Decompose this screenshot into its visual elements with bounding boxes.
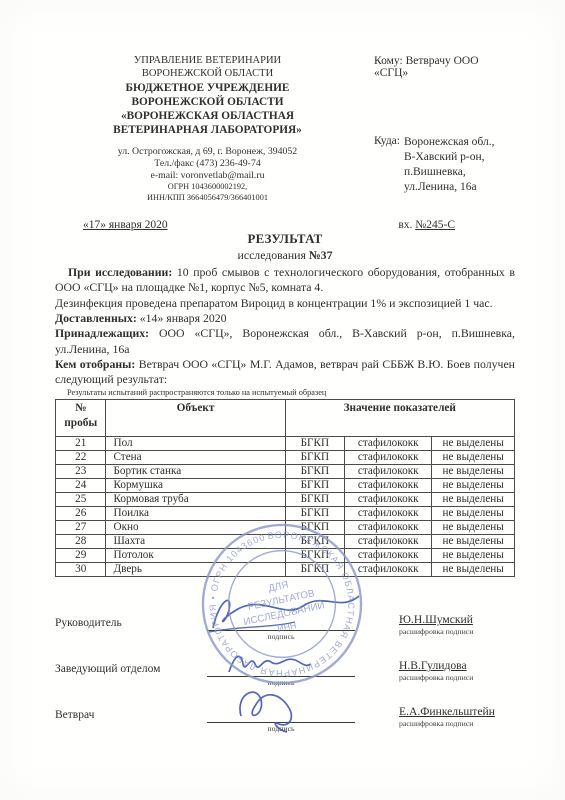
cell-result: не выделены — [432, 479, 515, 493]
table-row: 21ПолБГКПстафилококкне выделены — [56, 437, 515, 451]
table-row: 29ПотолокБГКПстафилококкне выделены — [56, 549, 515, 563]
table-row: 27ОкноБГКПстафилококкне выделены — [56, 521, 515, 535]
org-line: ВОРОНЕЖСКОЙ ОБЛАСТИ — [55, 68, 360, 81]
cell-number: 28 — [56, 535, 106, 549]
paragraph-disinfection: Дезинфекция проведена препаратом Вироцид… — [55, 296, 515, 311]
signature-role: Руководитель — [55, 604, 207, 641]
paragraph-label: При исследовании: — [68, 265, 172, 279]
incoming-value: №245-С — [415, 219, 455, 231]
incoming-number: вх. №245-С — [398, 219, 455, 231]
incoming-label: вх. — [398, 219, 415, 231]
body-text: При исследовании: 10 проб смывов с техно… — [55, 265, 515, 388]
cell-staph: стафилококк — [345, 451, 432, 465]
letterhead: УПРАВЛЕНИЕ ВЕТЕРИНАРИИ ВОРОНЕЖСКОЙ ОБЛАС… — [55, 55, 515, 204]
signature-name-block: Н.В.Гулидова расшифровка подписи — [399, 650, 473, 687]
cell-staph: стафилококк — [345, 465, 432, 479]
cell-result: не выделены — [432, 521, 515, 535]
paragraph-label: Кем отобраны: — [55, 357, 135, 371]
cell-staph: стафилококк — [345, 479, 432, 493]
organization-block: УПРАВЛЕНИЕ ВЕТЕРИНАРИИ ВОРОНЕЖСКОЙ ОБЛАС… — [55, 55, 360, 204]
subtitle-prefix: исследования — [238, 248, 309, 262]
cell-object: Потолок — [106, 549, 285, 563]
recipient-where-address: Воронежская обл., В-Хавский р-он, п.Вишн… — [404, 135, 515, 195]
signature-name: Ю.Н.Шумский — [399, 613, 473, 626]
cell-object: Кормовая труба — [106, 493, 285, 507]
cell-bgkp: БГКП — [285, 507, 345, 521]
signatures-section: Руководитель подпись Ю.Н.Шумский расшифр… — [55, 604, 515, 733]
paragraph-label: Доставленных: — [55, 311, 137, 325]
document-date: «17» января 2020 — [83, 219, 168, 231]
signature-decode-caption: расшифровка подписи — [399, 719, 495, 728]
header-indicator-values: Значение показателей — [285, 400, 515, 437]
signature-decode-caption: расшифровка подписи — [399, 673, 473, 682]
signature-line — [207, 650, 355, 677]
cell-object: Поилка — [106, 507, 285, 521]
signature-role: Заведующий отделом — [55, 650, 207, 687]
table-row: 28ШахтаБГКПстафилококкне выделены — [56, 535, 515, 549]
signature-name: Н.В.Гулидова — [399, 659, 473, 672]
org-ogrn: ОГРН 1043600002192, — [55, 182, 360, 193]
cell-result: не выделены — [432, 507, 515, 521]
recipient-to: Кому: Ветврачу ООО «СГЦ» — [374, 55, 515, 79]
cell-bgkp: БГКП — [285, 535, 345, 549]
cell-result: не выделены — [432, 549, 515, 563]
cell-result: не выделены — [432, 451, 515, 465]
cell-staph: стафилококк — [345, 535, 432, 549]
cell-bgkp: БГКП — [285, 521, 345, 535]
signature-line-block: подпись — [207, 696, 355, 733]
org-inn-kpp: ИНН/КПП 3664056479/366401001 — [55, 193, 360, 204]
paragraph-research: При исследовании: 10 проб смывов с техно… — [55, 265, 515, 296]
recipient-where: Куда: Воронежская обл., В-Хавский р-он, … — [374, 135, 515, 195]
study-number: №37 — [309, 248, 333, 262]
paragraph-belonging: Принадлежащих: ООО «СГЦ», Воронежская об… — [55, 326, 515, 357]
table-row: 23Бортик станкаБГКПстафилококкне выделен… — [56, 465, 515, 479]
recipient-block: Кому: Ветврачу ООО «СГЦ» Куда: Воронежск… — [360, 55, 515, 204]
cell-object: Бортик станка — [106, 465, 285, 479]
cell-object: Дверь — [106, 563, 285, 577]
document-subtitle: исследования №37 — [55, 248, 515, 263]
org-line: ВОРОНЕЖСКОЙ ОБЛАСТИ — [55, 95, 360, 109]
table-row: 22СтенаБГКПстафилококкне выделены — [56, 451, 515, 465]
cell-staph: стафилококк — [345, 549, 432, 563]
table-body: 21ПолБГКПстафилококкне выделены 22СтенаБ… — [56, 437, 515, 577]
signature-line — [207, 604, 355, 631]
org-email: e-mail: voronvetlab@mail.ru — [55, 170, 360, 182]
signature-name-block: Ю.Н.Шумский расшифровка подписи — [399, 604, 473, 641]
title-block: РЕЗУЛЬТАТ исследования №37 — [55, 232, 515, 263]
cell-staph: стафилококк — [345, 521, 432, 535]
cell-object: Окно — [106, 521, 285, 535]
disclaimer-note: Результаты испытаний распространяются то… — [67, 388, 515, 398]
document-page: УПРАВЛЕНИЕ ВЕТЕРИНАРИИ ВОРОНЕЖСКОЙ ОБЛАС… — [0, 0, 565, 800]
org-line: ВЕТЕРИНАРНАЯ ЛАБОРАТОРИЯ» — [55, 123, 360, 137]
document-title: РЕЗУЛЬТАТ — [55, 232, 515, 247]
cell-number: 21 — [56, 437, 106, 451]
cell-staph: стафилококк — [345, 437, 432, 451]
cell-result: не выделены — [432, 437, 515, 451]
paragraph-sampled-by: Кем отобраны: Ветврач ООО «СГЦ» М.Г. Ада… — [55, 357, 515, 388]
cell-number: 26 — [56, 507, 106, 521]
table-row: 30ДверьБГКПстафилококкне выделены — [56, 563, 515, 577]
table-header: № пробы Объект Значение показателей — [56, 400, 515, 437]
cell-result: не выделены — [432, 563, 515, 577]
cell-bgkp: БГКП — [285, 563, 345, 577]
signature-name-block: Е.А.Финкельштейн расшифровка подписи — [399, 696, 495, 733]
signature-decode-caption: расшифровка подписи — [399, 627, 473, 636]
signature-role: Ветврач — [55, 696, 207, 733]
header-object: Объект — [106, 400, 285, 437]
cell-bgkp: БГКП — [285, 451, 345, 465]
results-table: № пробы Объект Значение показателей 21По… — [55, 399, 515, 577]
cell-number: 29 — [56, 549, 106, 563]
table-row: 26ПоилкаБГКПстафилококкне выделены — [56, 507, 515, 521]
cell-bgkp: БГКП — [285, 493, 345, 507]
header-sample-number: № пробы — [56, 400, 106, 437]
cell-result: не выделены — [432, 465, 515, 479]
cell-bgkp: БГКП — [285, 437, 345, 451]
paragraph-label: Принадлежащих: — [55, 326, 149, 340]
table-row: 24КормушкаБГКПстафилококкне выделены — [56, 479, 515, 493]
cell-number: 27 — [56, 521, 106, 535]
org-address: ул. Острогожская, д 69, г. Воронеж, 3940… — [55, 146, 360, 158]
signature-name: Е.А.Финкельштейн — [399, 705, 495, 718]
cell-number: 22 — [56, 451, 106, 465]
signature-row-vet: Ветврач подпись Е.А.Финкельштейн расшифр… — [55, 696, 515, 733]
signature-stroke — [199, 674, 369, 734]
cell-staph: стафилококк — [345, 507, 432, 521]
signature-line — [207, 696, 355, 723]
cell-object: Кормушка — [106, 479, 285, 493]
org-line: УПРАВЛЕНИЕ ВЕТЕРИНАРИИ — [55, 55, 360, 68]
org-phone: Тел./факс (473) 236-49-74 — [55, 158, 360, 170]
contact-block: ул. Острогожская, д 69, г. Воронеж, 3940… — [55, 146, 360, 204]
recipient-where-label: Куда: — [374, 135, 400, 195]
paragraph-delivered: Доставленных: «14» января 2020 — [55, 311, 515, 326]
cell-object: Стена — [106, 451, 285, 465]
cell-object: Пол — [106, 437, 285, 451]
cell-result: не выделены — [432, 535, 515, 549]
cell-bgkp: БГКП — [285, 549, 345, 563]
date-row: «17» января 2020 вх. №245-С — [55, 219, 515, 231]
cell-number: 25 — [56, 493, 106, 507]
table-row: 25Кормовая трубаБГКПстафилококкне выделе… — [56, 493, 515, 507]
cell-staph: стафилококк — [345, 493, 432, 507]
org-line: «ВОРОНЕЖСКАЯ ОБЛАСТНАЯ — [55, 109, 360, 123]
org-line: БЮДЖЕТНОЕ УЧРЕЖДЕНИЕ — [55, 81, 360, 95]
cell-number: 23 — [56, 465, 106, 479]
cell-object: Шахта — [106, 535, 285, 549]
paragraph-value: «14» января 2020 — [137, 311, 227, 325]
cell-number: 30 — [56, 563, 106, 577]
cell-number: 24 — [56, 479, 106, 493]
cell-result: не выделены — [432, 493, 515, 507]
cell-bgkp: БГКП — [285, 465, 345, 479]
cell-staph: стафилококк — [345, 563, 432, 577]
cell-bgkp: БГКП — [285, 479, 345, 493]
